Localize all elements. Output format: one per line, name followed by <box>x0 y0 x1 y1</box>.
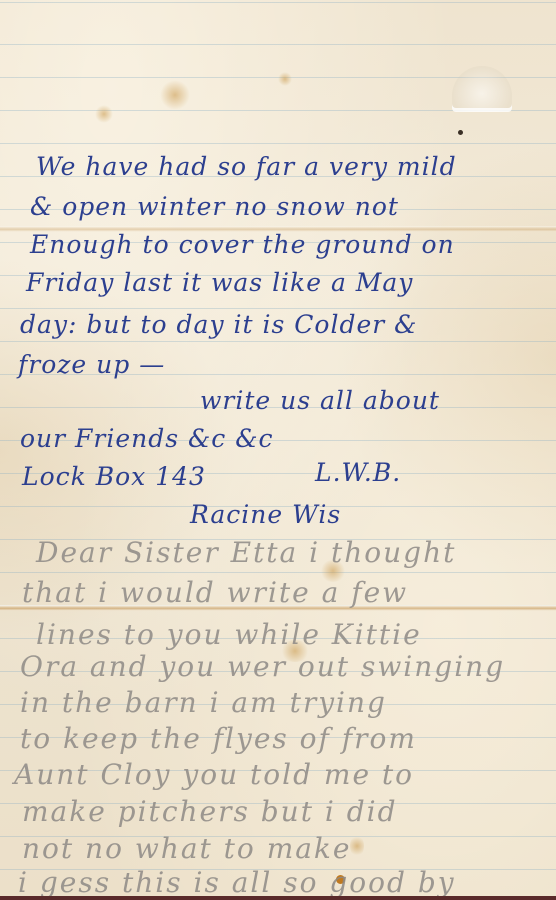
pencil-line: Dear Sister Etta i thought <box>36 536 456 569</box>
pencil-line: Aunt Cloy you told me to <box>14 758 414 791</box>
pencil-line: that i would write a few <box>22 576 408 609</box>
pencil-line: not no what to make <box>22 832 351 865</box>
ink-line: froze up — <box>18 350 165 379</box>
letter-page: We have had so far a very mild & open wi… <box>0 0 556 900</box>
ink-line: We have had so far a very mild <box>36 152 457 181</box>
place-line: Racine Wis <box>190 500 341 529</box>
pencil-line: to keep the flyes of from <box>20 722 417 755</box>
pencil-line: in the barn i am trying <box>20 686 387 719</box>
ink-line: & open winter no snow not <box>30 192 399 221</box>
ink-line: Enough to cover the ground on <box>30 230 455 259</box>
foxing-stain <box>95 105 113 123</box>
pencil-line: Ora and you wer out swinging <box>20 650 505 683</box>
foxing-stain <box>160 80 190 110</box>
address-line: Lock Box 143 <box>22 462 206 491</box>
ink-speck <box>458 130 463 135</box>
foxing-stain <box>350 835 364 857</box>
pencil-line: lines to you while Kittie <box>36 618 422 651</box>
ink-line: our Friends &c &c <box>20 424 273 453</box>
page-bottom-edge <box>0 896 556 900</box>
pencil-line: i gess this is all so good by <box>18 866 456 899</box>
foxing-stain <box>278 72 292 86</box>
ink-line: day: but to day it is Colder & <box>20 310 417 339</box>
ink-line: Friday last it was like a May <box>26 268 413 297</box>
signature-initials: L.W.B. <box>315 458 401 487</box>
ink-line: write us all about <box>200 386 440 415</box>
pencil-line: make pitchers but i did <box>22 795 398 828</box>
